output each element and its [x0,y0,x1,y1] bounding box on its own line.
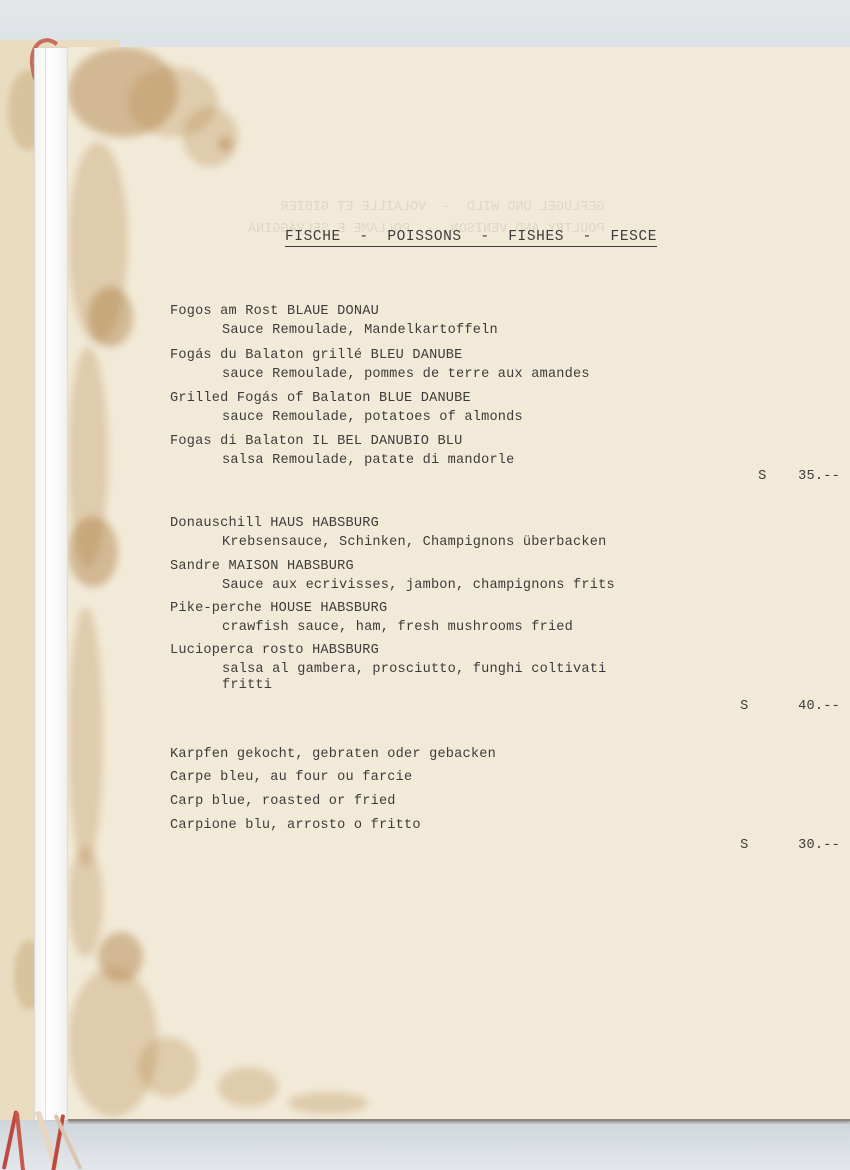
page-title: FISCHE - POISSONS - FISHES - FESCE [285,229,657,247]
price-amount: 40.-- [798,699,840,714]
scanner-background-bottom [0,1118,850,1170]
price-section-2: S40.-- [690,684,840,729]
menu-item-name: Fogas di Balaton IL BEL DANUBIO BLU [170,433,463,451]
menu-item-name: Sandre MAISON HABSBURG [170,558,354,576]
currency: S [740,838,798,853]
menu-item-name: Carpione blu, arrosto o fritto [170,817,421,835]
menu-item-name: Fogás du Balaton grillé BLEU DANUBE [170,347,463,365]
menu-page: GEFLÜGEL UND WILD - VOLAILLE ET GIBIER P… [68,47,850,1121]
spine-fold [45,48,46,1120]
menu-item-description: Sauce aux ecrivisses, jambon, champignon… [222,577,615,595]
price-section-1: S35.-- [708,454,840,499]
menu-item-name: Grilled Fogás of Balaton BLUE DANUBE [170,390,471,408]
menu-item-description: crawfish sauce, ham, fresh mushrooms fri… [222,619,573,637]
menu-item-description: salsa al gambera, prosciutto, funghi col… [222,661,606,679]
currency: S [758,469,798,484]
price-amount: 35.-- [798,469,840,484]
menu-item-description: salsa Remoulade, patate di mandorle [222,452,515,470]
price-section-3: S30.-- [690,823,840,868]
menu-item-description: sauce Remoulade, pommes de terre aux ama… [222,366,590,384]
price-amount: 30.-- [798,838,840,853]
menu-item-description: Krebsensauce, Schinken, Champignons über… [222,534,606,552]
menu-item-name: Pike-perche HOUSE HABSBURG [170,600,387,618]
binding-spine [34,48,72,1120]
menu-item-description-continued: fritti [222,677,272,695]
menu-content: FISCHE - POISSONS - FISHES - FESCE Fogos… [68,47,850,1119]
menu-item-description: Sauce Remoulade, Mandelkartoffeln [222,322,498,340]
scanner-background-top [0,0,850,48]
menu-item-name: Donauschill HAUS HABSBURG [170,515,379,533]
currency: S [740,699,798,714]
menu-item-name: Carpe bleu, au four ou farcie [170,769,412,787]
menu-item-name: Karpfen gekocht, gebraten oder gebacken [170,746,496,764]
menu-item-name: Carp blue, roasted or fried [170,793,396,811]
menu-item-description: sauce Remoulade, potatoes of almonds [222,409,523,427]
menu-item-name: Lucioperca rosto HABSBURG [170,642,379,660]
menu-item-name: Fogos am Rost BLAUE DONAU [170,303,379,321]
